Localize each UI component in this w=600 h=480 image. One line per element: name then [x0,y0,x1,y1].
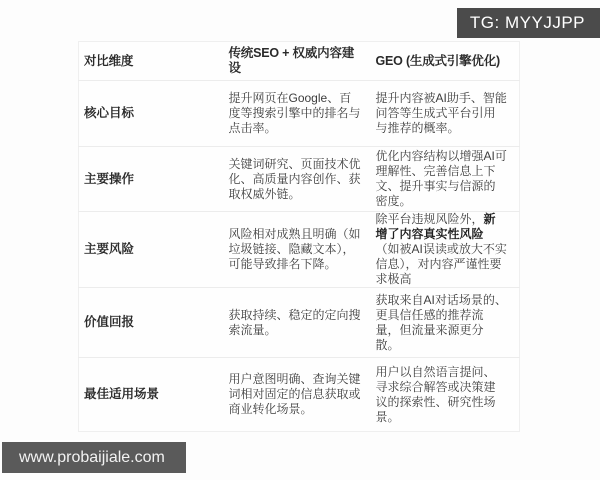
table-header-row: 对比维度 传统SEO + 权威内容建设 GEO (生成式引擎优化) [79,42,520,81]
table-row-main-operations: 主要操作 关键词研究、页面技术优化、高质量内容创作、获取权威外链。 优化内容结构… [79,147,520,212]
geo-cell: 提升内容被AI助手、智能问答等生成式平台引用与推荐的概率。 [376,81,520,147]
geo-cell: 优化内容结构以增强AI可理解性、完善信息上下文、提升事实与信源的密度。 [376,147,520,212]
row-label: 主要风险 [79,212,229,288]
row-label: 价值回报 [79,288,229,358]
seo-cell: 用户意图明确、查询关键词相对固定的信息获取或商业转化场景。 [229,358,376,432]
seo-cell: 提升网页在Google、百度等搜索引擎中的排名与点击率。 [229,81,376,147]
seo-cell: 获取持续、稳定的定向搜索流量。 [229,288,376,358]
tg-watermark-badge: TG: MYYJJPP [457,8,600,38]
seo-cell: 风险相对成熟且明确（如垃圾链接、隐藏文本），可能导致排名下降。 [229,212,376,288]
geo-risk-text-after: （如被AI误读或放大不实信息），对内容严谨性要求极高 [376,242,507,286]
geo-cell: 用户以自然语言提问、寻求综合解答或决策建议的探索性、研究性场景。 [376,358,520,432]
header-cell-traditional-seo: 传统SEO + 权威内容建设 [229,42,376,81]
header-cell-dimension: 对比维度 [79,42,229,81]
row-label: 最佳适用场景 [79,358,229,432]
table-row-best-scenarios: 最佳适用场景 用户意图明确、查询关键词相对固定的信息获取或商业转化场景。 用户以… [79,358,520,432]
table-row-main-risks: 主要风险 风险相对成熟且明确（如垃圾链接、隐藏文本），可能导致排名下降。 除平台… [79,212,520,288]
row-label: 核心目标 [79,81,229,147]
page: TG: MYYJJPP 对比维度 传统SEO + 权威内容建设 GEO (生成式… [0,0,600,480]
seo-cell: 关键词研究、页面技术优化、高质量内容创作、获取权威外链。 [229,147,376,212]
header-cell-geo: GEO (生成式引擎优化) [376,42,520,81]
comparison-table: 对比维度 传统SEO + 权威内容建设 GEO (生成式引擎优化) 核心目标 提… [78,41,520,432]
row-label: 主要操作 [79,147,229,212]
table-row-core-goal: 核心目标 提升网页在Google、百度等搜索引擎中的排名与点击率。 提升内容被A… [79,81,520,147]
geo-cell: 除平台违规风险外，新增了内容真实性风险（如被AI误读或放大不实信息），对内容严谨… [376,212,520,288]
site-watermark-badge: www.probaijiale.com [2,442,186,473]
geo-risk-text-before: 除平台违规风险外， [376,212,484,226]
geo-cell: 获取来自AI对话场景的、更具信任感的推荐流量，但流量来源更分散。 [376,288,520,358]
table-row-value-return: 价值回报 获取持续、稳定的定向搜索流量。 获取来自AI对话场景的、更具信任感的推… [79,288,520,358]
